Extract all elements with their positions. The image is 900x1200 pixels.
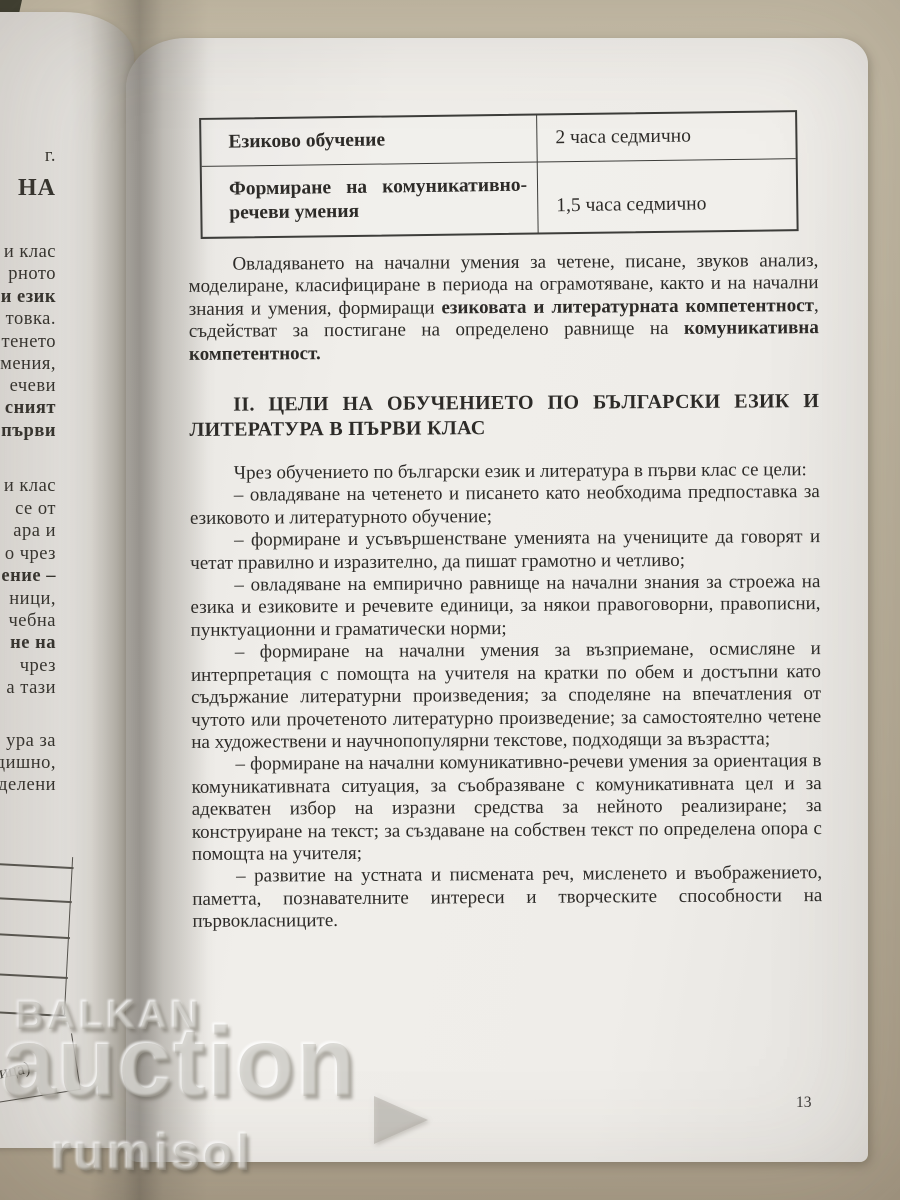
left-page-text-fragment: ура за	[6, 731, 56, 751]
goal-item: – формиране и усъвършенстване уменията н…	[190, 526, 820, 575]
left-page-text-fragment: чебна	[8, 611, 56, 631]
previous-page-edge: г. НА и клас рното и език товка. тенето …	[0, 12, 134, 1148]
table-row: Формиране на комуникативно-речеви умения…	[202, 158, 797, 237]
left-page-text-fragment: тенето	[2, 332, 57, 352]
left-page-text-fragment: г.	[45, 146, 56, 166]
left-page-text-fragment: ечеви	[10, 376, 56, 396]
left-page-text-fragment: ение –	[1, 566, 56, 586]
left-page-text-fragment: не на	[10, 633, 56, 653]
left-page-text-fragment: рното	[8, 264, 56, 284]
table-line	[0, 972, 68, 978]
page-content: Езиково обучение 2 часа седмично Формира…	[188, 112, 823, 933]
left-page-text-fragment: се от	[15, 499, 56, 519]
left-page-text-fragment: товка.	[6, 309, 56, 329]
left-page-text-fragment: ара и	[13, 521, 56, 541]
left-page-table-fragment-label: мица)	[0, 1058, 32, 1086]
left-page-text-fragment: първи	[1, 421, 56, 441]
goal-item: – овладяване на емпирично равнище на нач…	[190, 571, 820, 642]
goal-item: – формиране на начални комуникативно-реч…	[191, 750, 822, 866]
book-page-photo: г. НА и клас рното и език товка. тенето …	[0, 0, 900, 1200]
left-page-text-fragment: мения,	[0, 354, 56, 374]
table-cell-subject: Формиране на комуникативно-речеви умения	[202, 163, 539, 237]
left-page-text-fragment: НА	[18, 178, 56, 198]
table-line	[0, 896, 72, 902]
left-page-text-fragment: а тази	[6, 678, 56, 698]
left-page-text-fragment: сният	[5, 398, 56, 418]
table-cell-hours: 1,5 часа седмично	[538, 159, 797, 232]
left-page-text-fragment: делени	[0, 775, 56, 795]
left-page-table-cell-fragment: мица)	[0, 1033, 81, 1103]
goal-item: – развитие на устната и писмената реч, м…	[192, 862, 822, 933]
left-page-text-fragment: о чрез	[5, 544, 56, 564]
table-cell-hours: 2 часа седмично	[537, 112, 796, 161]
goal-item: – формиране на начални умения за възприе…	[191, 638, 822, 754]
weekly-hours-table: Езиково обучение 2 часа седмично Формира…	[199, 110, 799, 239]
table-cell-subject: Езиково обучение	[201, 116, 538, 166]
left-page-text-fragment: и език	[1, 287, 56, 307]
left-page-text-fragment: чрез	[20, 656, 56, 676]
left-page-text-fragment: и клас	[4, 242, 56, 262]
bold-phrase: езиковата и литературната компетентност	[441, 295, 814, 318]
section-heading: II. ЦЕЛИ НА ОБУЧЕНИЕТО ПО БЪЛГАРСКИ ЕЗИК…	[189, 389, 819, 442]
page-number: 13	[796, 1094, 812, 1112]
left-page-text-fragment: ници,	[9, 589, 56, 609]
table-line	[0, 862, 74, 868]
paragraph-competence: Овладяването на начални умения за четене…	[188, 250, 819, 366]
table-line	[0, 932, 70, 938]
current-page: Езиково обучение 2 часа седмично Формира…	[126, 38, 868, 1162]
left-page-table-fragment	[0, 853, 73, 1017]
table-line	[0, 1010, 66, 1016]
left-page-text-fragment: и клас	[4, 476, 56, 496]
table-row: Езиково обучение 2 часа седмично	[201, 112, 796, 166]
left-page-text-fragment: дишно,	[0, 753, 56, 773]
goal-item: – овладяване на четенето и писането като…	[190, 482, 820, 531]
